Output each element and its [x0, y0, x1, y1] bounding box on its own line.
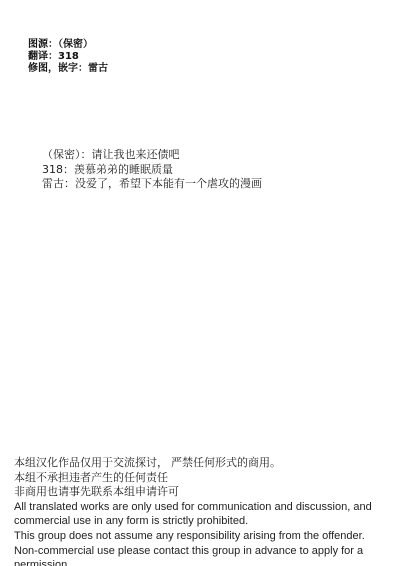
disclaimer-en-paragraph: This group does not assume any responsib… [14, 529, 394, 544]
comment-line: 318：羡慕弟弟的睡眠质量 [42, 163, 262, 178]
disclaimer-cn-line: 本组不承担违者产生的任何责任 [14, 471, 394, 486]
comment-line: （保密）：请让我也来还债吧 [42, 148, 262, 163]
disclaimer-cn-line: 本组汉化作品仅用于交流探讨， 严禁任何形式的商用。 [14, 456, 394, 471]
disclaimer-en-paragraph: Non-commercial use please contact this g… [14, 544, 394, 566]
disclaimer: 本组汉化作品仅用于交流探讨， 严禁任何形式的商用。 本组不承担违者产生的任何责任… [14, 456, 394, 566]
staff-comments: （保密）：请让我也来还债吧 318：羡慕弟弟的睡眠质量 雷古：没爱了，希望下本能… [42, 148, 262, 192]
disclaimer-en-paragraph: All translated works are only used for c… [14, 500, 394, 529]
comment-line: 雷古：没爱了，希望下本能有一个虐攻的漫画 [42, 177, 262, 192]
translator-credit: 翻译：318 [28, 51, 108, 63]
credits-header: 图源：（保密） 翻译：318 修图，嵌字：雷古 [28, 39, 108, 75]
disclaimer-cn-line: 非商用也请事先联系本组申请许可 [14, 485, 394, 500]
editor-typesetter-credit: 修图，嵌字：雷古 [28, 63, 108, 75]
source-credit: 图源：（保密） [28, 39, 108, 51]
